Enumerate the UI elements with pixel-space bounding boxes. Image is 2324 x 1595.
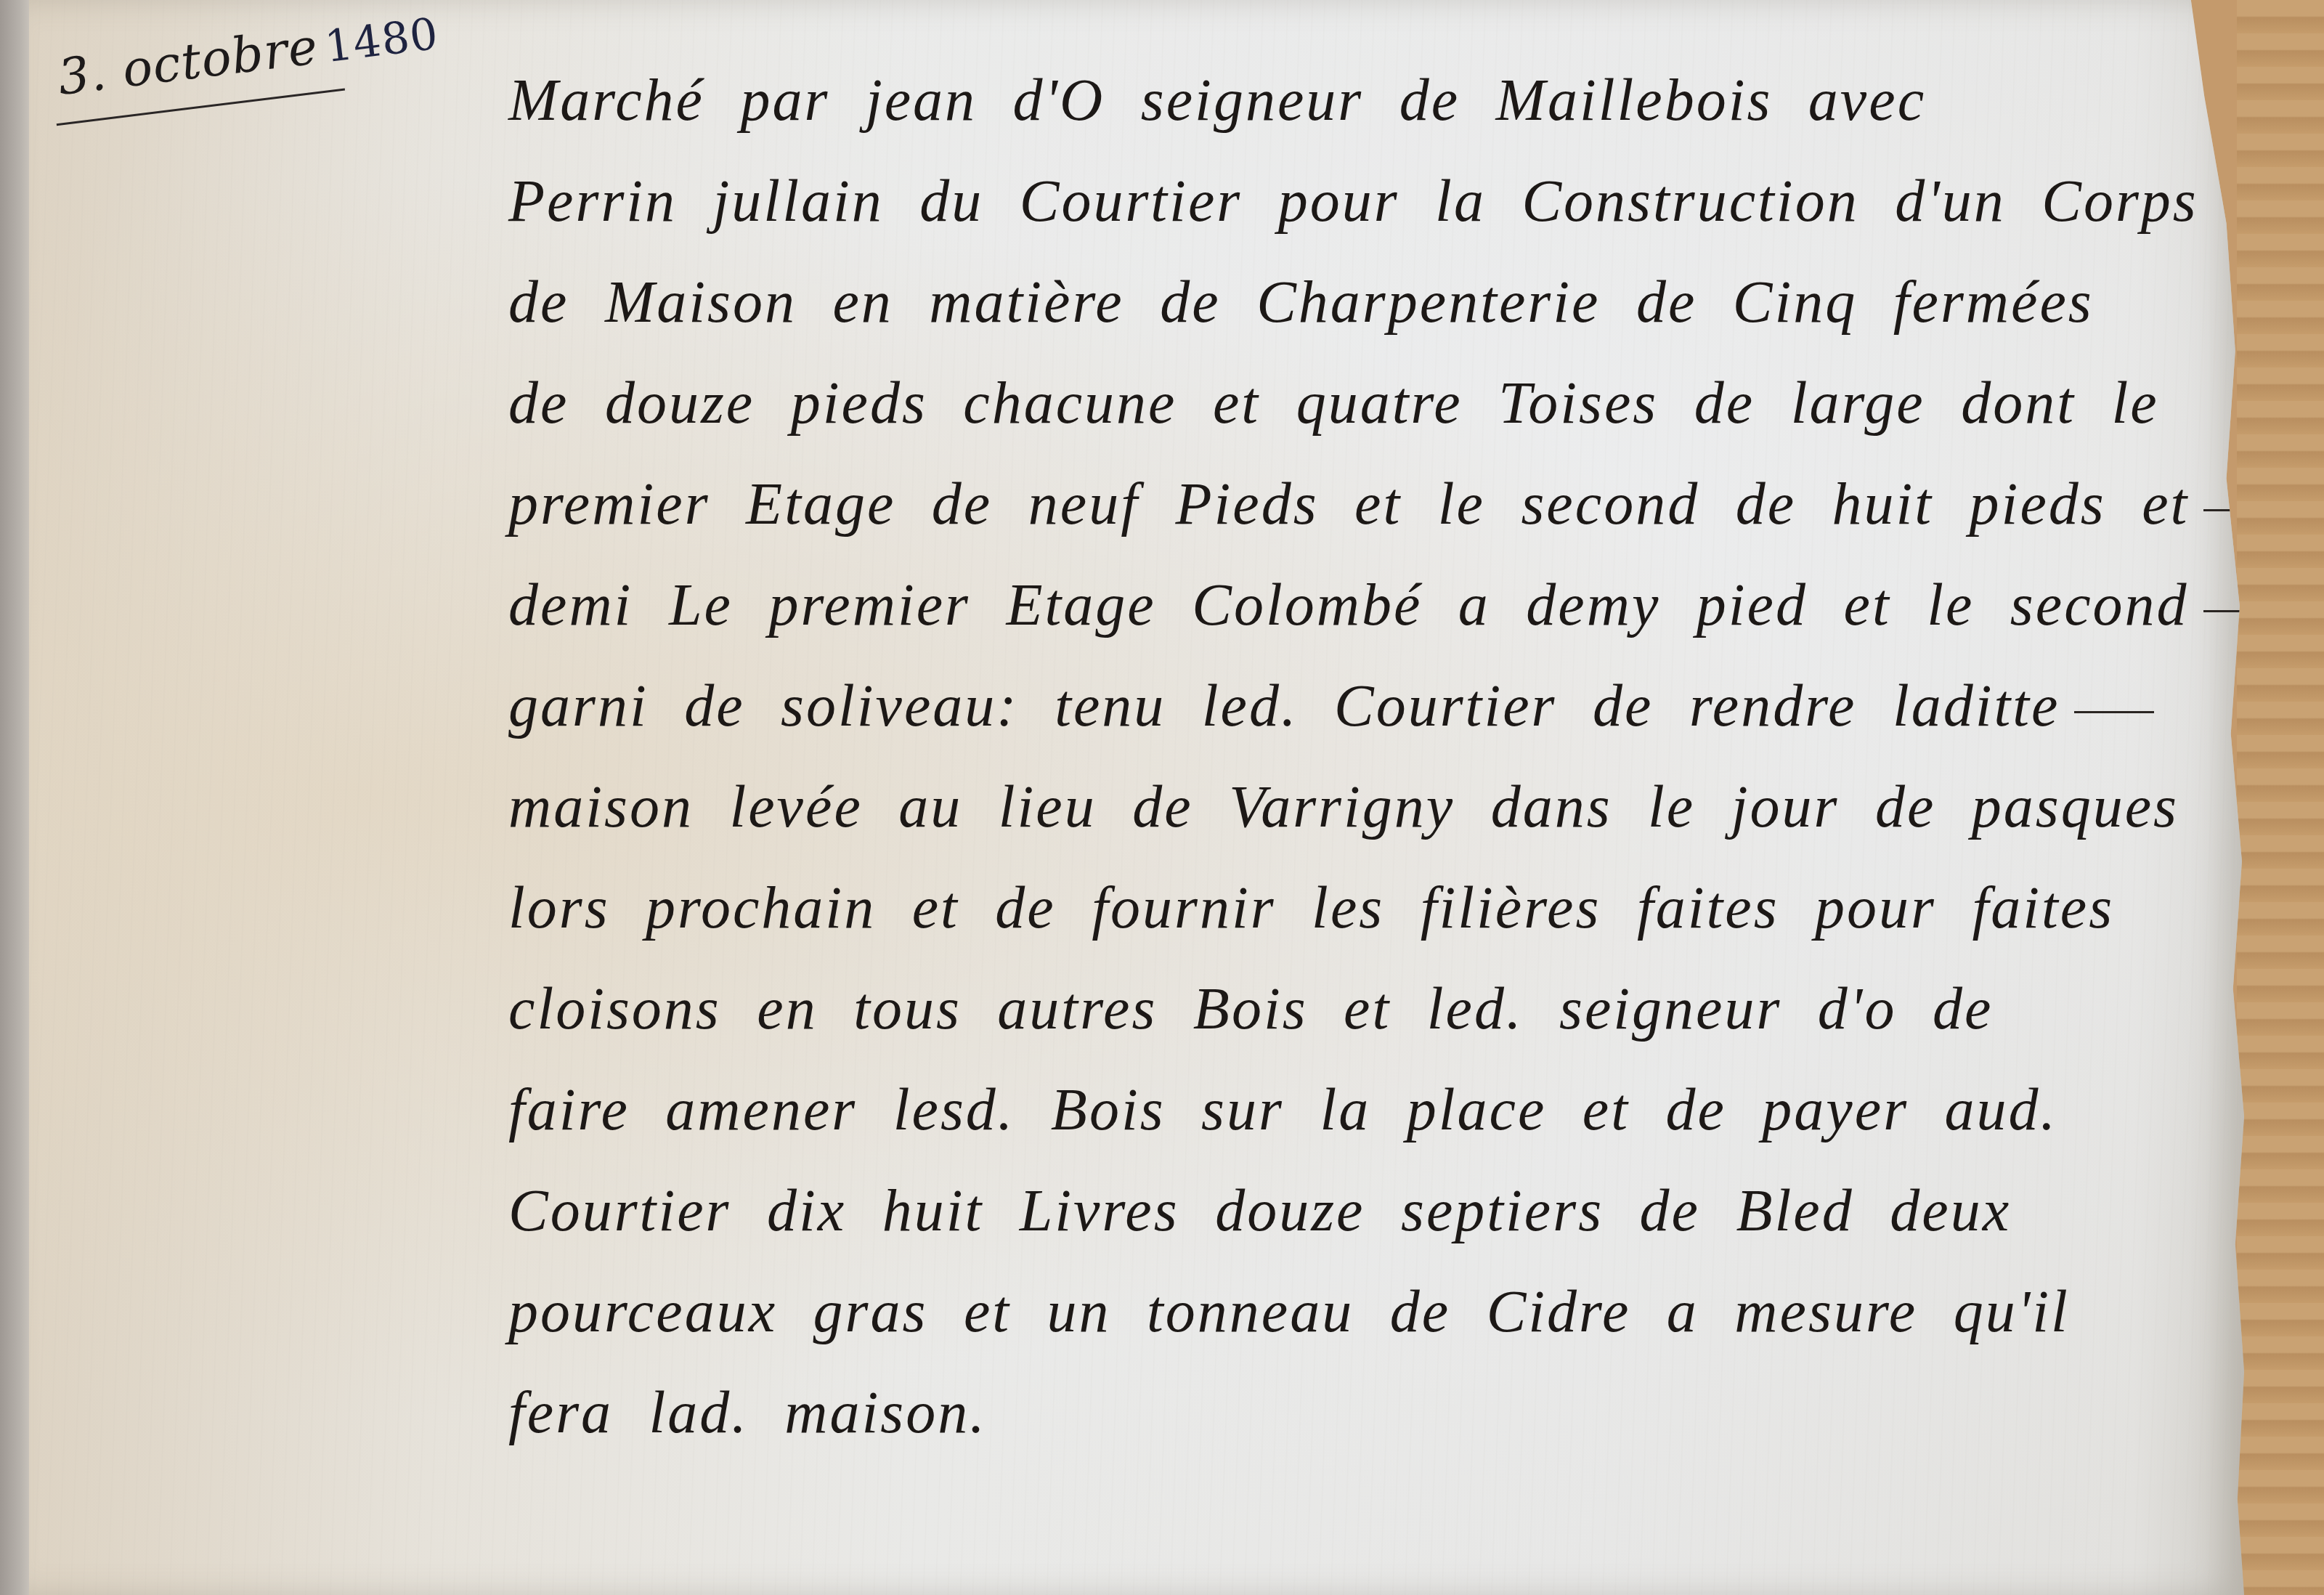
- text-line: garni de soliveau: tenu led. Courtier de…: [508, 655, 2251, 756]
- deed-body-text: Marché par jean d'O seigneur de Maillebo…: [508, 49, 2251, 1463]
- text-line: pourceaux gras et un tonneau de Cidre a …: [508, 1261, 2251, 1362]
- text-line: de Maison en matière de Charpenterie de …: [508, 251, 2251, 352]
- text-line: Courtier dix huit Livres douze septiers …: [508, 1160, 2251, 1261]
- text-line: maison levée au lieu de Varrigny dans le…: [508, 756, 2251, 857]
- manuscript-page: 3. octobre1480 Marché par jean d'O seign…: [29, 0, 2244, 1595]
- text-line: cloisons en tous autres Bois et led. sei…: [508, 958, 2251, 1059]
- text-line-content: Courtier dix huit Livres douze septiers …: [508, 1177, 2011, 1243]
- text-line-content: demi Le premier Etage Colombé a demy pie…: [508, 572, 2189, 638]
- text-line: premier Etage de neuf Pieds et le second…: [508, 453, 2251, 554]
- text-line-content: faire amener lesd. Bois sur la place et …: [508, 1076, 2057, 1143]
- text-line: faire amener lesd. Bois sur la place et …: [508, 1059, 2251, 1160]
- text-line-content: maison levée au lieu de Varrigny dans le…: [508, 774, 2179, 840]
- text-line-content: lors prochain et de fournir les filières…: [508, 874, 2114, 941]
- text-line-content: Perrin jullain du Courtier pour la Const…: [508, 168, 2295, 234]
- text-line-content: fera lad. maison.: [508, 1379, 987, 1445]
- text-line: fera lad. maison.: [508, 1362, 2251, 1463]
- text-line: demi Le premier Etage Colombé a demy pie…: [508, 554, 2251, 655]
- text-line-content: pourceaux gras et un tonneau de Cidre a …: [508, 1278, 2070, 1344]
- text-line-content: premier Etage de neuf Pieds et le second…: [508, 471, 2189, 537]
- register-binding-gutter: [0, 0, 33, 1595]
- text-line: de douze pieds chacune et quatre Toises …: [508, 352, 2251, 453]
- text-line: Marché par jean d'O seigneur de Maillebo…: [508, 49, 2251, 150]
- margin-date-year: 1480: [322, 9, 441, 73]
- text-line-content: garni de soliveau: tenu led. Courtier de…: [508, 673, 2060, 739]
- text-line-content: cloisons en tous autres Bois et led. sei…: [508, 975, 1993, 1042]
- text-line-content: de douze pieds chacune et quatre Toises …: [508, 370, 2159, 436]
- wooden-table-background: [2237, 0, 2324, 1595]
- text-line-content: Marché par jean d'O seigneur de Maillebo…: [508, 67, 1926, 133]
- text-line: Perrin jullain du Courtier pour la Const…: [508, 150, 2251, 251]
- margin-date-note: 3. octobre1480: [54, 15, 352, 125]
- text-line-content: de Maison en matière de Charpenterie de …: [508, 269, 2094, 335]
- text-line: lors prochain et de fournir les filières…: [508, 857, 2251, 958]
- margin-date-day-month: 3. octobre: [54, 18, 321, 107]
- line-filler-stroke: [2074, 711, 2154, 713]
